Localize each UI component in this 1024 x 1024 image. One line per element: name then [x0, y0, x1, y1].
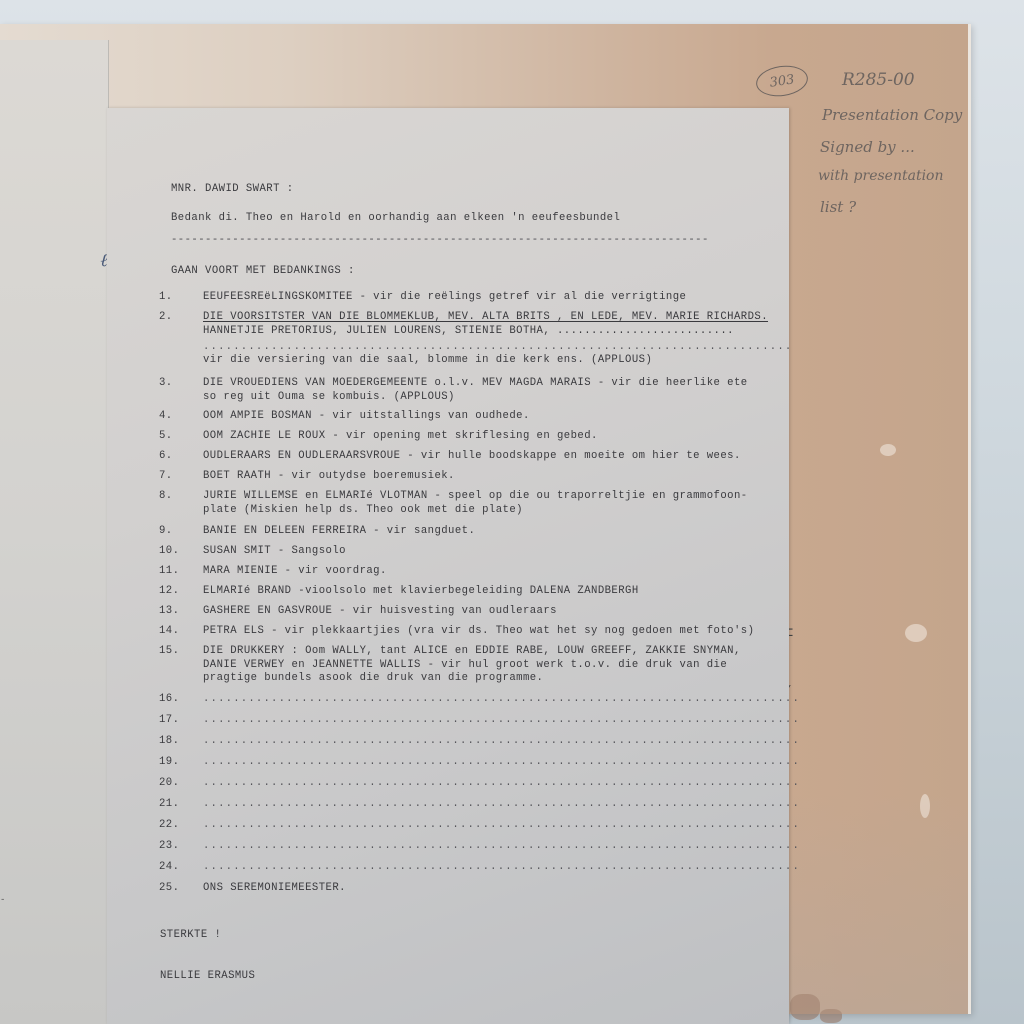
blank-dotted-line: ........................................… [203, 341, 792, 355]
item-number: 10. [159, 545, 193, 559]
item-number: 8. [159, 490, 193, 504]
item-number: 11. [159, 565, 193, 579]
item-number: 17. [159, 714, 193, 728]
item-text-line: HANNETJIE PRETORIUS, JULIEN LOURENS, STI… [203, 325, 734, 339]
handwritten-price: R285-00 [842, 70, 915, 90]
paper-stain [905, 624, 927, 642]
item-text-line: DIE VOORSITSTER VAN DIE BLOMMEKLUB, MEV.… [203, 311, 768, 325]
item-text-line: GASHERE EN GASVROUE - vir huisvesting va… [203, 605, 557, 619]
item-text-line: OUDLERAARS EN OUDLERAARSVROUE - vir hull… [203, 450, 741, 464]
item-number: 18. [159, 735, 193, 749]
paper-stain [880, 444, 896, 456]
item-number: 21. [159, 798, 193, 812]
item-number: 24. [159, 861, 193, 875]
paper-stain-dark [790, 994, 820, 1020]
item-text-line: pragtige bundels asook die druk van die … [203, 672, 543, 686]
item-number: 15. [159, 645, 193, 659]
item-number: 2. [159, 311, 193, 325]
typed-sheet: MNR. DAWID SWART : Bedank di. Theo en Ha… [107, 108, 789, 1024]
pen-mark-small: - [0, 895, 5, 905]
blank-dotted-line: ........................................… [203, 714, 800, 728]
blank-dotted-line: ........................................… [203, 756, 800, 770]
item-text-line: OOM ZACHIE LE ROUX - vir opening met skr… [203, 430, 598, 444]
item-text-line: MARA MIENIE - vir voordrag. [203, 565, 387, 579]
item-text-line: DANIE VERWEY en JEANNETTE WALLIS - vir h… [203, 659, 727, 673]
blank-dotted-line: ........................................… [203, 819, 800, 833]
item-text-line: DIE VROUEDIENS VAN MOEDERGEMEENTE o.l.v.… [203, 377, 748, 391]
item-number: 3. [159, 377, 193, 391]
section-title: GAAN VOORT MET BEDANKINGS : [171, 265, 355, 279]
signature: NELLIE ERASMUS [160, 970, 255, 984]
blank-dotted-line: ........................................… [203, 798, 800, 812]
item-text-line: EEUFEESREëLINGSKOMITEE - vir die reëling… [203, 291, 686, 305]
item-number: 13. [159, 605, 193, 619]
separator-rule: ----------------------------------------… [171, 234, 741, 248]
blank-dotted-line: ........................................… [203, 735, 800, 749]
item-text-line: SUSAN SMIT - Sangsolo [203, 545, 346, 559]
item-number: 12. [159, 585, 193, 599]
item-number: 1. [159, 291, 193, 305]
blank-dotted-line: ........................................… [203, 693, 800, 707]
item-text-line: DIE DRUKKERY : Oom WALLY, tant ALICE en … [203, 645, 741, 659]
item-number: 4. [159, 410, 193, 424]
item-text-line: plate (Miskien help ds. Theo ook met die… [203, 504, 523, 518]
item-number: 9. [159, 525, 193, 539]
item-number: 22. [159, 819, 193, 833]
intro-line: Bedank di. Theo en Harold en oorhandig a… [171, 212, 620, 226]
handwritten-note-line4: list ? [820, 198, 856, 216]
blank-dotted-line: ........................................… [203, 840, 800, 854]
item-number: 23. [159, 840, 193, 854]
item-number: 16. [159, 693, 193, 707]
item-text-line: OOM AMPIE BOSMAN - vir uitstallings van … [203, 410, 530, 424]
underlying-page [0, 40, 109, 1024]
item-number: 7. [159, 470, 193, 484]
handwritten-note-line3: with presentation [818, 168, 944, 184]
item-number: 25. [159, 882, 193, 896]
handwritten-note-line2: Signed by ... [820, 138, 915, 156]
item-text-line: ELMARIé BRAND -vioolsolo met klavierbege… [203, 585, 639, 599]
item-text-line: ONS SEREMONIEMEESTER. [203, 882, 346, 896]
item-number: 5. [159, 430, 193, 444]
paper-stain-dark [820, 1009, 842, 1023]
item-text-line: PETRA ELS - vir plekkaartjies (vra vir d… [203, 625, 754, 639]
item-number: 20. [159, 777, 193, 791]
item-text-line: vir die versiering van die saal, blomme … [203, 354, 652, 368]
blank-dotted-line: ........................................… [203, 861, 800, 875]
addressee-heading: MNR. DAWID SWART : [171, 183, 294, 197]
blank-dotted-line: ........................................… [203, 777, 800, 791]
item-number: 19. [159, 756, 193, 770]
item-text-line: BANIE EN DELEEN FERREIRA - vir sangduet. [203, 525, 475, 539]
item-number: 6. [159, 450, 193, 464]
item-text-line: BOET RAATH - vir outydse boeremusiek. [203, 470, 455, 484]
item-text-line: so reg uit Ouma se kombuis. (APPLOUS) [203, 391, 455, 405]
handwritten-note-line1: Presentation Copy [822, 106, 962, 124]
paper-stain [920, 794, 930, 818]
item-text-line: JURIE WILLEMSE en ELMARIé VLOTMAN - spee… [203, 490, 748, 504]
item-number: 14. [159, 625, 193, 639]
closing-line: STERKTE ! [160, 929, 221, 943]
